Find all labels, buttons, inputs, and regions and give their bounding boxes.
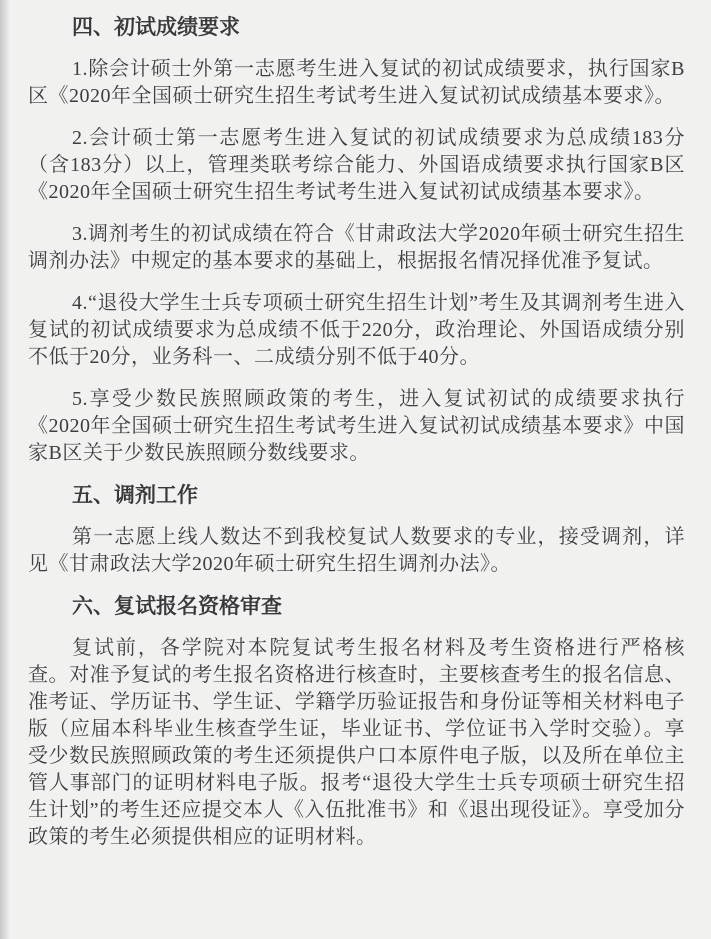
paragraph: 5.享受少数民族照顾政策的考生，进入复试初试的成绩要求执行《2020年全国硕士研… — [28, 386, 685, 467]
section-registration-qualification-review: 六、复试报名资格审查 复试前，各学院对本院复试考生报名材料及考生资格进行严格核查… — [28, 593, 685, 851]
section-heading-5: 五、调剂工作 — [28, 482, 685, 509]
section-preliminary-score-requirements: 四、初试成绩要求 1.除会计硕士外第一志愿考生进入复试的初试成绩要求，执行国家B… — [28, 14, 685, 467]
paragraph: 复试前，各学院对本院复试考生报名材料及考生资格进行严格核查。对准予复试的考生报名… — [28, 635, 685, 851]
document-page: 四、初试成绩要求 1.除会计硕士外第一志愿考生进入复试的初试成绩要求，执行国家B… — [0, 0, 711, 939]
paragraph: 1.除会计硕士外第一志愿考生进入复试的初试成绩要求，执行国家B区《2020年全国… — [28, 56, 685, 110]
paragraph: 第一志愿上线人数达不到我校复试人数要求的专业，接受调剂，详见《甘肃政法大学202… — [28, 524, 685, 578]
section-heading-6: 六、复试报名资格审查 — [28, 593, 685, 620]
paragraph: 2.会计硕士第一志愿考生进入复试的初试成绩要求为总成绩183分（含183分）以上… — [28, 125, 685, 206]
section-transfer-work: 五、调剂工作 第一志愿上线人数达不到我校复试人数要求的专业，接受调剂，详见《甘肃… — [28, 482, 685, 578]
section-heading-4: 四、初试成绩要求 — [28, 14, 685, 41]
paragraph: 4.“退役大学生士兵专项硕士研究生招生计划”考生及其调剂考生进入复试的初试成绩要… — [28, 290, 685, 371]
paragraph: 3.调剂考生的初试成绩在符合《甘肃政法大学2020年硕士研究生招生调剂办法》中规… — [28, 221, 685, 275]
document-content: 四、初试成绩要求 1.除会计硕士外第一志愿考生进入复试的初试成绩要求，执行国家B… — [0, 0, 711, 851]
